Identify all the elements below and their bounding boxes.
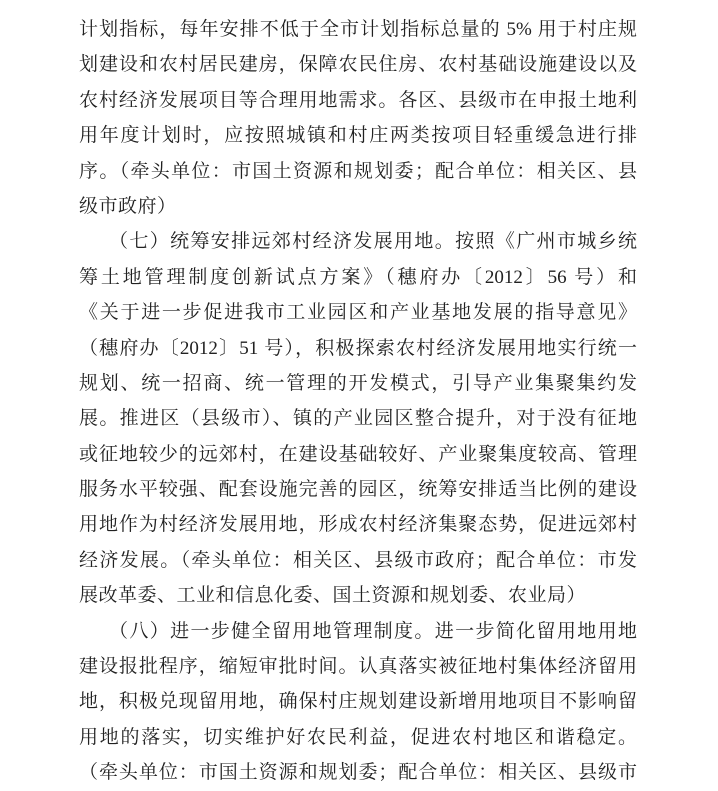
text-line-11: 规划、统一招商、统一管理的开发模式，引导产业集聚集约发 [79, 366, 637, 401]
document-page: 计划指标，每年安排不低于全市计划指标总量的 5% 用于村庄规划建设和农村居民建房… [0, 0, 718, 791]
text-line-19: 建设报批程序，缩短审批时间。认真落实被征地村集体经济留用 [79, 649, 637, 684]
text-line-10: （穗府办〔2012〕51 号），积极探索农村经济发展用地实行统一 [79, 331, 637, 366]
text-line-20: 地，积极兑现留用地，确保村庄规划建设新增用地项目不影响留 [79, 684, 637, 719]
text-line-17: 展改革委、工业和信息化委、国土资源和规划委、农业局） [79, 578, 637, 613]
text-line-8: 筹土地管理制度创新试点方案》（穗府办〔2012〕56 号）和 [79, 260, 637, 295]
text-line-21: 用地的落实，切实维护好农民利益，促进农村地区和谐稳定。 [79, 720, 637, 755]
text-line-7: （七）统筹安排远郊村经济发展用地。按照《广州市城乡统 [79, 224, 637, 259]
text-line-4: 用年度计划时，应按照城镇和村庄两类按项目轻重缓急进行排 [79, 118, 637, 153]
text-line-14: 服务水平较强、配套设施完善的园区，统筹安排适当比例的建设 [79, 472, 637, 507]
text-line-1: 计划指标，每年安排不低于全市计划指标总量的 5% 用于村庄规 [79, 12, 637, 47]
text-line-12: 展。推进区（县级市）、镇的产业园区整合提升，对于没有征地 [79, 401, 637, 436]
text-line-18: （八）进一步健全留用地管理制度。进一步简化留用地用地 [79, 614, 637, 649]
text-line-13: 或征地较少的远郊村，在建设基础较好、产业聚集度较高、管理 [79, 437, 637, 472]
text-line-5: 序。（牵头单位：市国土资源和规划委；配合单位：相关区、县 [79, 154, 637, 189]
text-line-3: 农村经济发展项目等合理用地需求。各区、县级市在申报土地利 [79, 83, 637, 118]
text-line-9: 《关于进一步促进我市工业园区和产业基地发展的指导意见》 [79, 295, 637, 330]
text-line-15: 用地作为村经济发展用地，形成农村经济集聚态势，促进远郊村 [79, 507, 637, 542]
text-line-6: 级市政府） [79, 189, 637, 224]
text-line-16: 经济发展。（牵头单位：相关区、县级市政府；配合单位：市发 [79, 543, 637, 578]
text-line-2: 划建设和农村居民建房，保障农民住房、农村基础设施建设以及 [79, 47, 637, 82]
text-line-22: （牵头单位：市国土资源和规划委；配合单位：相关区、县级市 [79, 755, 637, 790]
